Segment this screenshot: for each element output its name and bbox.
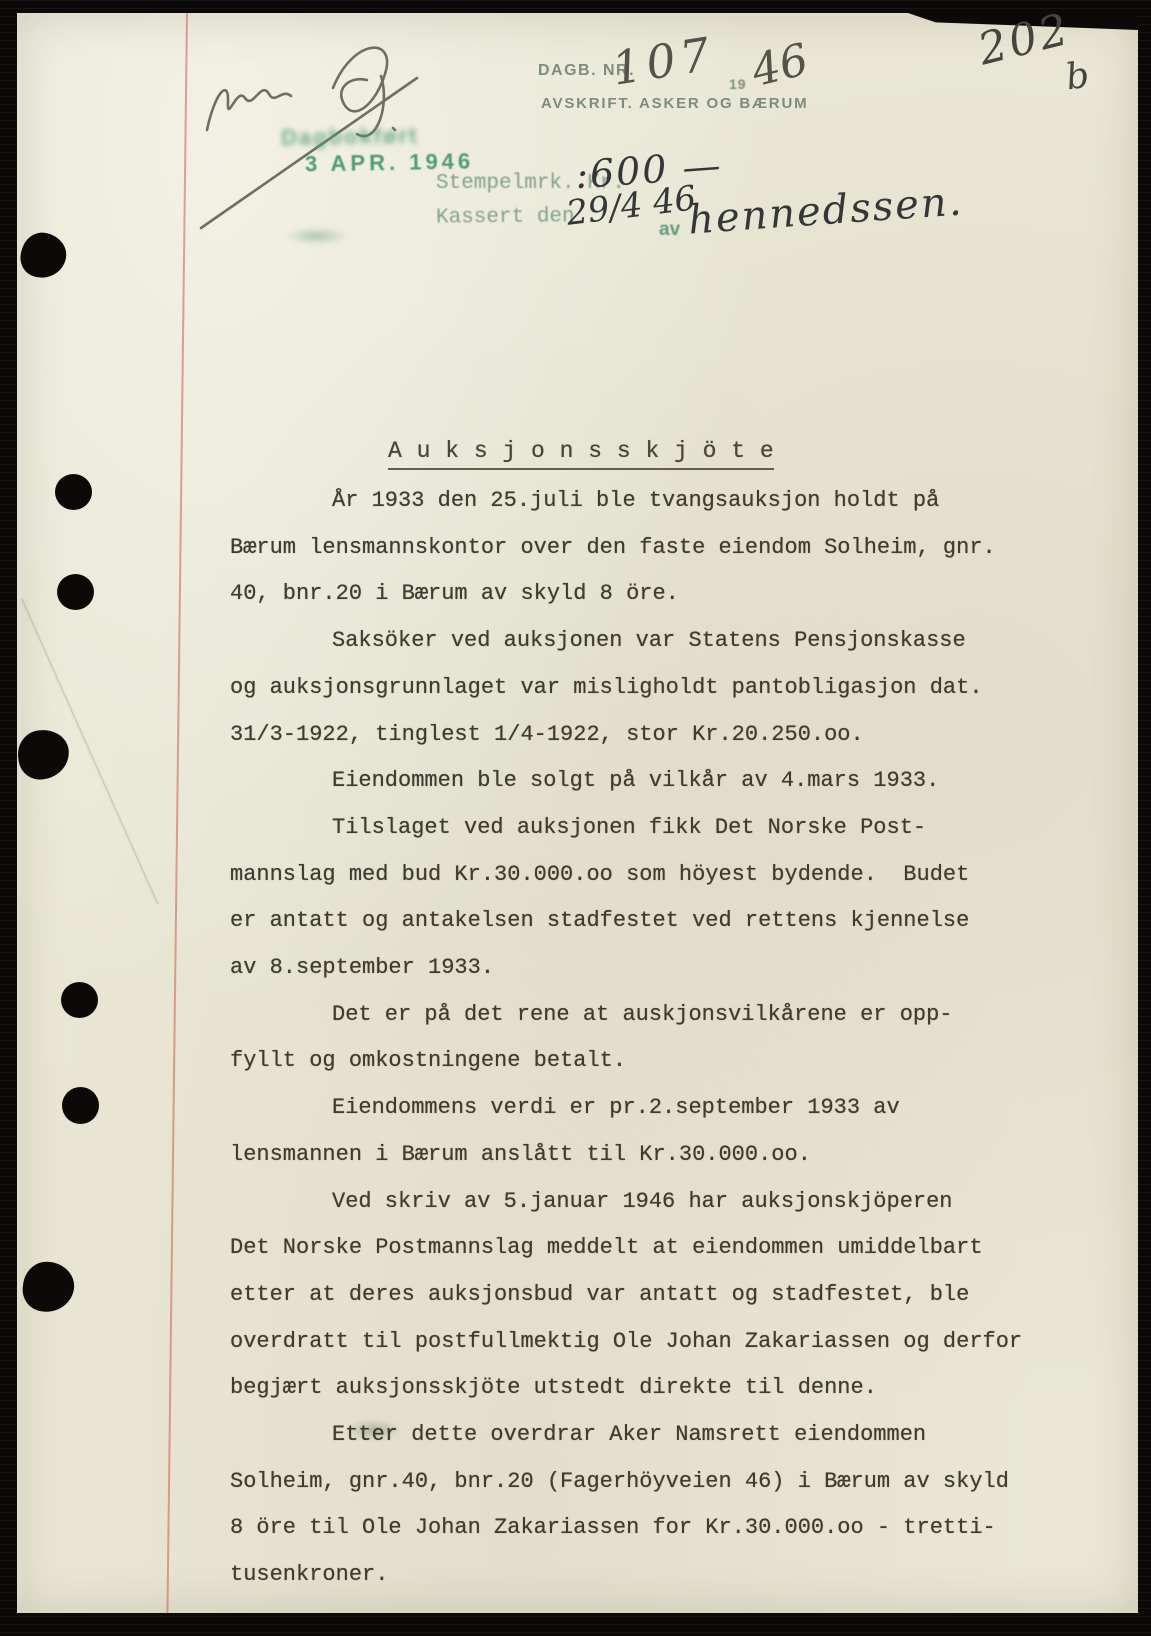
- av-stamp-label: av: [659, 219, 680, 241]
- body-line: Eiendommens verdi er pr.2.september 1933…: [230, 1085, 1060, 1132]
- body-line: etter at deres auksjonsbud var antatt og…: [230, 1272, 1060, 1319]
- body-line: Det Norske Postmannslag meddelt at eiend…: [230, 1225, 1060, 1272]
- typewriter-overstrike-smudge: [344, 1419, 402, 1441]
- body-line: Det er på det rene at auskjonsvilkårene …: [230, 992, 1060, 1039]
- avskrift-stamp: AVSKRIFT. ASKER OG BÆRUM: [541, 95, 808, 112]
- stempelmerke-stamp-line2: Kassert den: [436, 205, 575, 229]
- body-line: Ved skriv av 5.januar 1946 har auksjonsk…: [230, 1179, 1060, 1226]
- smudged-stamp-word: Dagbokført: [281, 123, 419, 151]
- body-line: Tilslaget ved auksjonen fikk Det Norske …: [230, 805, 1060, 852]
- body-line: Bærum lensmannskontor over den faste eie…: [230, 525, 1060, 572]
- body-line: av 8.september 1933.: [230, 945, 1060, 992]
- body-line: lensmannen i Bærum anslått til Kr.30.000…: [230, 1132, 1060, 1179]
- body-line: 8 öre til Ole Johan Zakariassen for Kr.3…: [230, 1505, 1060, 1552]
- body-line: er antatt og antakelsen stadfestet ved r…: [230, 898, 1060, 945]
- punch-hole: [61, 982, 98, 1018]
- body-line: År 1933 den 25.juli ble tvangsauksjon ho…: [230, 478, 1060, 525]
- punch-hole: [55, 474, 92, 510]
- body-line: 40, bnr.20 i Bærum av skyld 8 öre.: [230, 571, 1060, 618]
- body-line: tusenkroner.: [230, 1552, 1060, 1599]
- body-line: overdratt til postfullmektig Ole Johan Z…: [230, 1319, 1060, 1366]
- body-line: 31/3-1922, tinglest 1/4-1922, stor Kr.20…: [230, 712, 1060, 759]
- body-line: fyllt og omkostningene betalt.: [230, 1038, 1060, 1085]
- punch-hole: [57, 574, 94, 610]
- body-line: Solheim, gnr.40, bnr.20 (Fagerhöyveien 4…: [230, 1459, 1060, 1506]
- document-title: A u k s j o n s s k j ö t e: [388, 438, 774, 470]
- punch-hole: [62, 1087, 99, 1124]
- body-line: og auksjonsgrunnlaget var misligholdt pa…: [230, 665, 1060, 712]
- body-line: begjært auksjonsskjöte utstedt direkte t…: [230, 1365, 1060, 1412]
- stamp-ink-smudge: [286, 228, 348, 244]
- scanned-document-page: DAGB. NR. 19 AVSKRIFT. ASKER OG BÆRUM 10…: [0, 0, 1151, 1636]
- body-line: Saksöker ved auksjonen var Statens Pensj…: [230, 618, 1060, 665]
- year-prefix-stamp: 19: [729, 76, 747, 92]
- body-line: mannslag med bud Kr.30.000.oo som höyest…: [230, 852, 1060, 899]
- body-line: Eiendommen ble solgt på vilkår av 4.mars…: [230, 758, 1060, 805]
